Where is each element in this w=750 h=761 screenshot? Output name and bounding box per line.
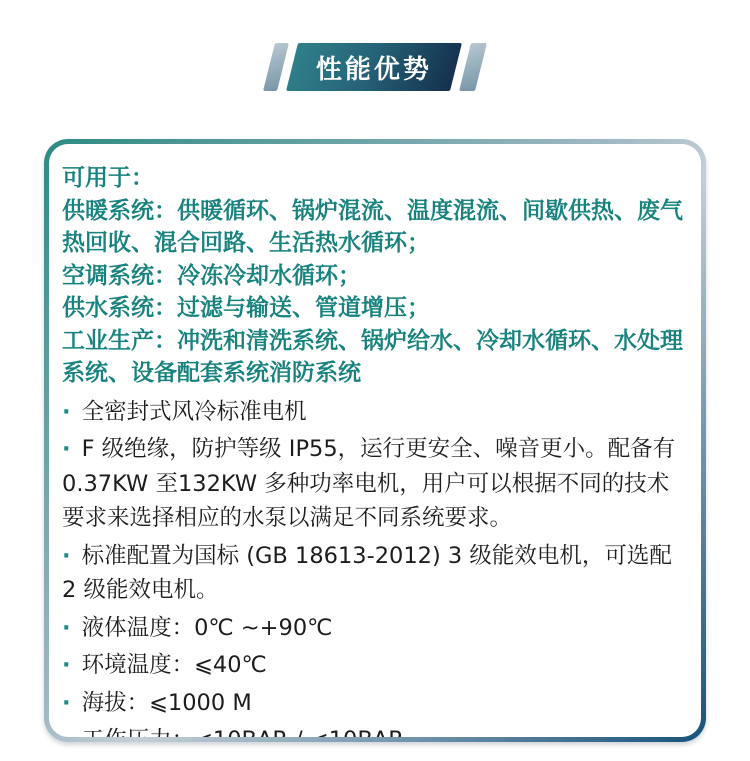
application-line-water-supply: 供水系统：过滤与输送、管道增压； bbox=[62, 292, 691, 325]
bullet-item-working-pressure: ·工作压力：⩽10BAR / ⩽10BAR bbox=[62, 723, 691, 737]
applications-section: 可用于： 供暖系统：供暖循环、锅炉混流、温度混流、间歇供热、废气热回收、混合回路… bbox=[62, 162, 691, 390]
bullet-item-insulation: ·F 级绝缘，防护等级 IP55，运行更安全、噪音更小。配备有 0.37KW 至… bbox=[62, 432, 691, 536]
bullet-text: 海拔：⩽1000 M bbox=[82, 690, 252, 716]
bullet-text: 全密封式风冷标准电机 bbox=[82, 399, 307, 425]
bullet-dot-icon: · bbox=[62, 690, 71, 716]
bullet-text: F 级绝缘，防护等级 IP55，运行更安全、噪音更小。配备有 0.37KW 至1… bbox=[62, 436, 675, 531]
application-line-hvac: 空调系统：冷冻冷却水循环； bbox=[62, 260, 691, 293]
page: 性能优势 可用于： 供暖系统：供暖循环、锅炉混流、温度混流、间歇供热、废气热回收… bbox=[0, 0, 750, 761]
applications-heading: 可用于： bbox=[62, 162, 691, 195]
application-line-industrial: 工业生产：冲洗和清洗系统、锅炉给水、冷却水循环、水处理系统、设备配套系统消防系统 bbox=[62, 325, 691, 390]
bullet-item-efficiency: ·标准配置为国标 (GB 18613-2012) 3 级能效电机，可选配 2 级… bbox=[62, 539, 691, 608]
bullet-item-liquid-temp: ·液体温度：0℃ ~+90℃ bbox=[62, 611, 691, 646]
bullet-text: 工作压力：⩽10BAR / ⩽10BAR bbox=[82, 727, 404, 737]
bullet-dot-icon: · bbox=[62, 652, 71, 678]
banner: 性能优势 bbox=[286, 43, 462, 91]
banner-right-accent-shape bbox=[459, 43, 487, 91]
info-box-content: 可用于： 供暖系统：供暖循环、锅炉混流、温度混流、间歇供热、废气热回收、混合回路… bbox=[49, 144, 701, 737]
section-header-banner: 性能优势 bbox=[0, 0, 750, 91]
bullet-dot-icon: · bbox=[62, 615, 71, 641]
specs-section: ·全密封式风冷标准电机 ·F 级绝缘，防护等级 IP55，运行更安全、噪音更小。… bbox=[62, 395, 691, 738]
bullet-dot-icon: · bbox=[62, 399, 71, 425]
bullet-dot-icon: · bbox=[62, 543, 71, 569]
bullet-dot-icon: · bbox=[62, 436, 71, 462]
bullet-item-ambient-temp: ·环境温度：⩽40℃ bbox=[62, 648, 691, 683]
bullet-text: 标准配置为国标 (GB 18613-2012) 3 级能效电机，可选配 2 级能… bbox=[62, 543, 672, 604]
bullet-item-altitude: ·海拔：⩽1000 M bbox=[62, 686, 691, 721]
bullet-item-motor: ·全密封式风冷标准电机 bbox=[62, 395, 691, 430]
banner-left-accent-shape bbox=[263, 43, 289, 91]
bullet-text: 环境温度：⩽40℃ bbox=[82, 652, 267, 678]
application-line-heating: 供暖系统：供暖循环、锅炉混流、温度混流、间歇供热、废气热回收、混合回路、生活热水… bbox=[62, 195, 691, 260]
info-box: 可用于： 供暖系统：供暖循环、锅炉混流、温度混流、间歇供热、废气热回收、混合回路… bbox=[44, 139, 706, 742]
bullet-text: 液体温度：0℃ ~+90℃ bbox=[82, 615, 333, 641]
bullet-dot-icon: · bbox=[62, 727, 71, 737]
page-title: 性能优势 bbox=[316, 49, 432, 86]
